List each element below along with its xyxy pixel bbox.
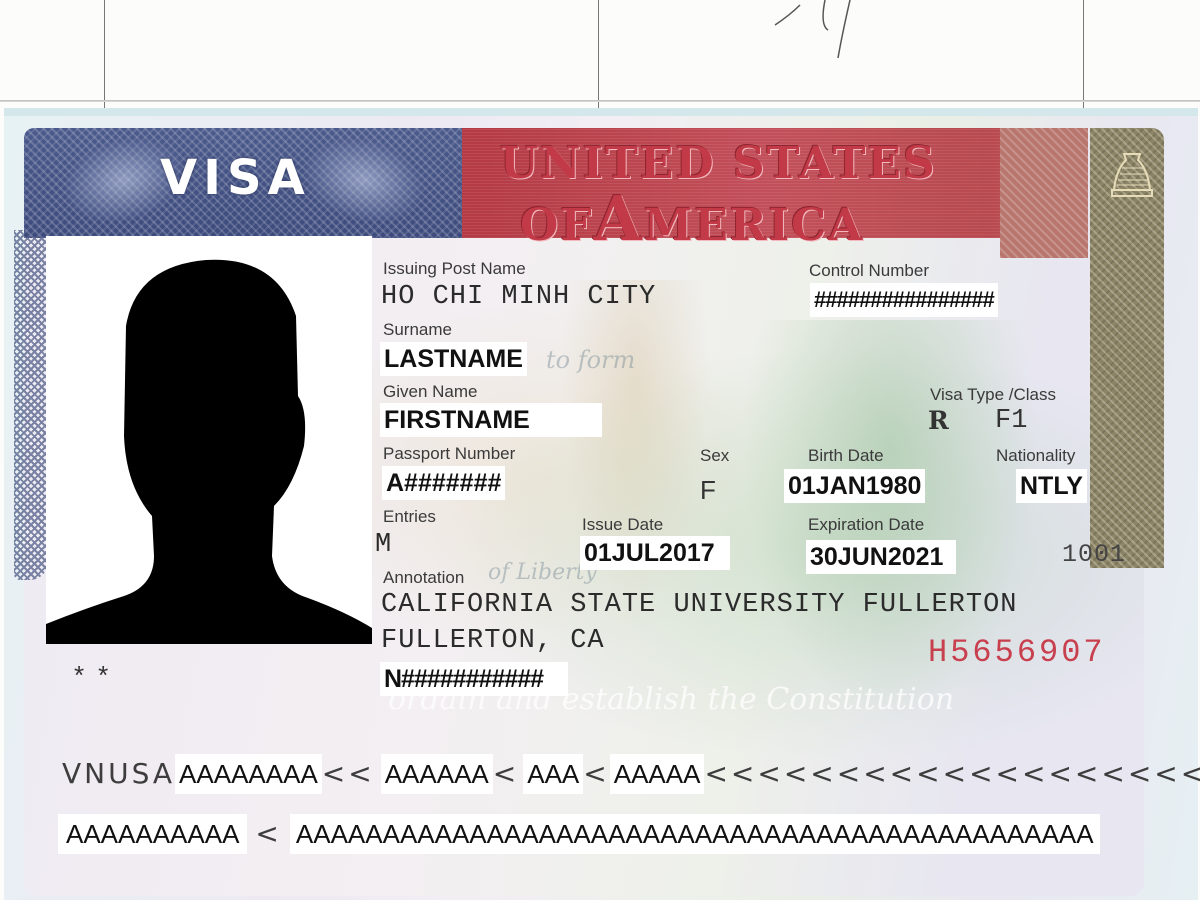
page-rule-line [104, 0, 105, 110]
annotation-line2: FULLERTON, CA [381, 626, 605, 656]
country-america-rest: MERICA [644, 200, 865, 251]
birth-date-label: Birth Date [808, 446, 884, 466]
mrz-separator: << [322, 754, 375, 794]
annotation-line1: CALIFORNIA STATE UNIVERSITY FULLERTON [381, 590, 1018, 620]
issuing-post-value: HO CHI MINH CITY [381, 282, 656, 312]
given-name-value: FIRSTNAME [380, 403, 602, 437]
birth-date-value: 01JAN1980 [784, 469, 925, 503]
page-rule-line [598, 0, 599, 110]
mrz-separator: < [583, 754, 609, 794]
page-rule-line [1083, 0, 1084, 110]
country-banner-tail [1000, 128, 1088, 258]
annotation-line3: N########### [380, 662, 568, 696]
mrz-line2-segment-2: AAAAAAAAAAAAAAAAAAAAAAAAAAAAAAAAAAAAAAAA… [290, 814, 1100, 854]
mrz-given-1: AAAAAA [381, 754, 493, 794]
mrz-prefix: VNUSA [62, 754, 175, 794]
issue-date-value: 01JUL2017 [580, 536, 730, 570]
given-name-label: Given Name [383, 382, 477, 402]
expiration-date-value: 30JUN2021 [806, 540, 956, 574]
country-name-line2: OFAMERICA [520, 182, 864, 255]
surname-label: Surname [383, 320, 452, 340]
lattice-pattern [14, 230, 48, 580]
sex-label: Sex [700, 446, 729, 466]
holder-photo [46, 236, 372, 644]
photo-marks: ** [74, 660, 122, 691]
entries-label: Entries [383, 507, 436, 527]
mrz-filler: <<<<<<<<<<<<<<<<<<< [704, 754, 1200, 794]
passport-number-value: A####### [382, 466, 505, 500]
sex-value: F [700, 475, 716, 506]
mrz-surname: AAAAAAAA [175, 754, 322, 794]
control-number-value: ################ [810, 283, 998, 317]
country-america-initial: A [594, 182, 644, 255]
silhouette-icon [46, 236, 372, 644]
page-edge [0, 100, 1200, 102]
issuing-post-label: Issuing Post Name [383, 259, 526, 279]
expiration-date-label: Expiration Date [808, 515, 924, 535]
mrz-line-2: AAAAAAAAAA<AAAAAAAAAAAAAAAAAAAAAAAAAAAAA… [58, 814, 1100, 854]
liberty-bell-icon [1110, 150, 1154, 200]
mrz-separator: < [493, 754, 519, 794]
visa-class-value: F1 [995, 406, 1027, 436]
code-value: 1001 [1062, 540, 1126, 569]
eagle-wing-right [296, 126, 433, 234]
entries-value: M [375, 530, 392, 560]
issue-date-label: Issue Date [582, 515, 663, 535]
watermark-to-form: to form [546, 346, 635, 374]
visa-title: VISA [160, 150, 311, 206]
mrz-given-3: AAAAA [610, 754, 705, 794]
passport-number-label: Passport Number [383, 444, 515, 464]
surname-value: LASTNAME [380, 342, 527, 376]
control-number-label: Control Number [809, 261, 929, 281]
mrz-line2-segment-1: AAAAAAAAAA [58, 814, 247, 854]
nationality-label: Nationality [996, 446, 1075, 466]
mrz-given-2: AAA [523, 754, 583, 794]
nationality-value: NTLY [1016, 469, 1087, 503]
signature-mark [770, 0, 890, 60]
mrz-separator: < [255, 814, 281, 854]
annotation-label: Annotation [383, 568, 464, 588]
visa-type-label: Visa Type /Class [930, 385, 1056, 405]
serial-number: H5656907 [928, 634, 1106, 671]
visa-type-value: R [928, 406, 949, 435]
mrz-line-1: VNUSAAAAAAAAA<<AAAAAA<AAA<AAAAA<<<<<<<<<… [62, 754, 1200, 794]
country-of: OF [520, 200, 594, 251]
